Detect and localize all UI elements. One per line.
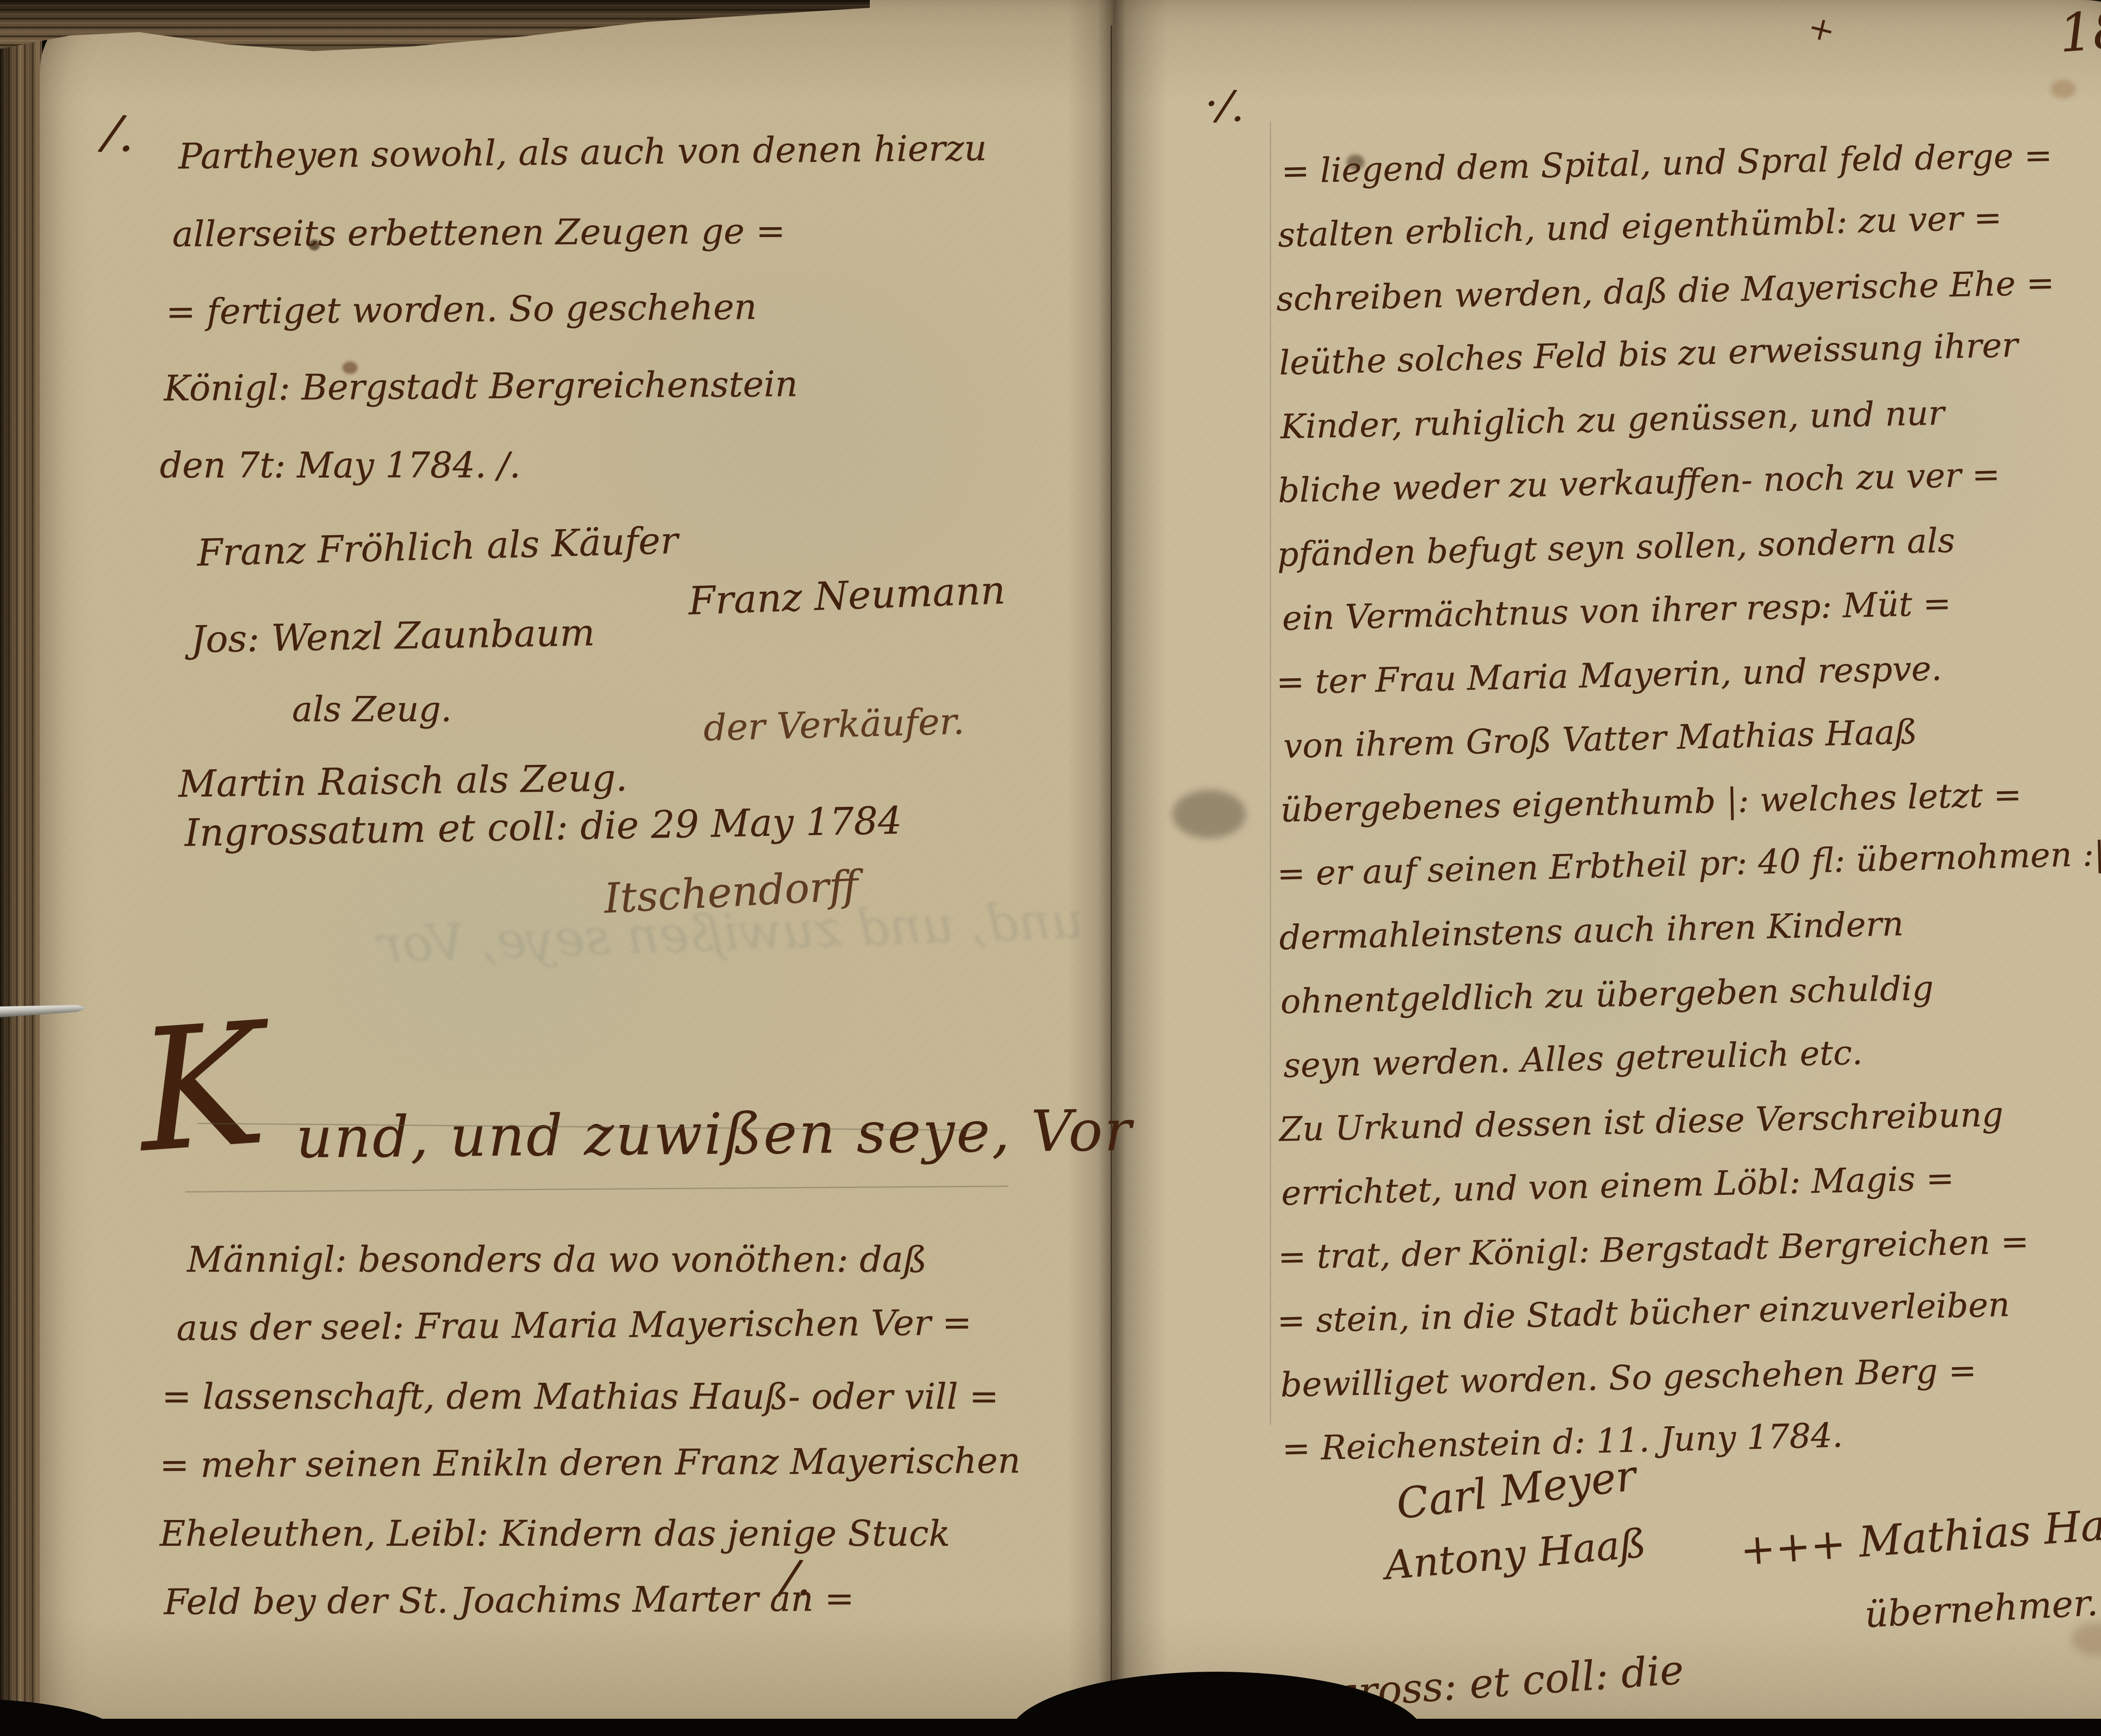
manuscript-line: = mehr seinen Enikln deren Franz Mayeris… [160,1443,1021,1483]
manuscript-line: = lassenschaft, dem Mathias Hauß- oder v… [162,1379,999,1414]
signature-seller-role: der Verkäufer. [703,703,965,746]
margin-slash-mark: ·/. [1203,82,1248,129]
gutter-smudge [1172,790,1246,838]
signature-witness: Martin Raisch als Zeug. [178,759,628,803]
manuscript-line: allerseits erbettenen Zeugen ge = [172,213,786,252]
book-left-page-block-edge [0,0,42,1736]
manuscript-line: den 7t: May 1784. /. [160,448,521,483]
margin-line-left [1270,122,1271,1425]
manuscript-book-spread: und, und zuwißen seye, Vor /. Partheyen … [0,0,2101,1736]
manuscript-line: Feld bey der St. Joachims Marter an = [164,1581,854,1620]
manuscript-line: Königl: Bergstadt Bergreichenstein [163,366,798,406]
margin-slash-mark: /. [101,108,139,160]
paper-stain [2051,80,2076,98]
registrar-signature: Itschendorff [603,865,859,919]
signature-seller: Franz Neumann [688,571,1006,621]
manuscript-line: Eheleuthen, Leibl: Kindern das jenige St… [160,1516,950,1551]
signature-witness: Jos: Wenzl Zaunbaum [190,614,595,658]
signature-witness-role: als Zeug. [292,693,452,727]
page-number: 181. [2057,0,2101,60]
manuscript-line: Partheyen sowohl, als auch von denen hie… [178,130,987,174]
ornate-initial: K [133,1000,270,1177]
catchword-mark: /. [779,1553,815,1603]
section-heading: und, und zuwißen seye, Vor [296,1102,1133,1166]
gutter-crease [1111,25,1112,1719]
manuscript-line: = fertiget worden. So geschehen [166,289,757,329]
manuscript-line: aus der seel: Frau Maria Mayerischen Ver… [176,1305,972,1346]
gutter-shadow [1067,0,1168,1736]
manuscript-line: Männigl: besonders da wo vonöthen: daß [187,1242,927,1277]
